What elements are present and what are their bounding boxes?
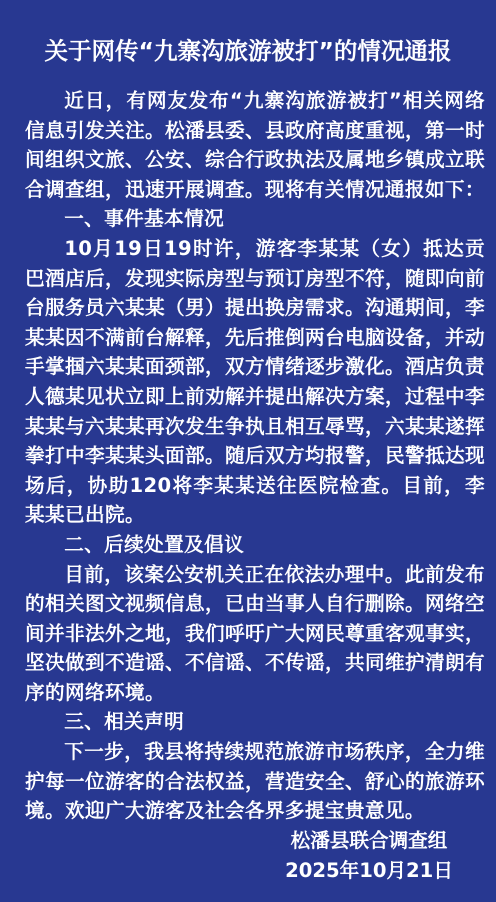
- signature-block: 松潘县联合调查组 2025年10月21日: [284, 826, 454, 886]
- signature-date: 2025年10月21日: [284, 856, 454, 886]
- intro-paragraph: 近日，有网友发布“九寨沟旅游被打”相关网络信息引发关注。松潘县委、县政府高度重视…: [25, 86, 485, 204]
- section-paragraph-1: 10月19日19时许，游客李某某（女）抵达贡巴酒店后，发现实际房型与预订房型不符…: [25, 234, 485, 530]
- signature-org: 松潘县联合调查组: [284, 826, 454, 856]
- section-heading-2: 二、后续处置及倡议: [25, 530, 485, 560]
- document-body: 近日，有网友发布“九寨沟旅游被打”相关网络信息引发关注。松潘县委、县政府高度重视…: [25, 86, 485, 826]
- document-title: 关于网传“九寨沟旅游被打”的情况通报: [0, 32, 496, 66]
- section-heading-3: 三、相关声明: [25, 707, 485, 737]
- section-paragraph-3: 下一步，我县将持续规范旅游市场秩序，全力维护每一位游客的合法权益，营造安全、舒心…: [25, 737, 485, 826]
- section-heading-1: 一、事件基本情况: [25, 204, 485, 234]
- section-paragraph-2: 目前，该案公安机关正在依法办理中。此前发布的相关图文视频信息，已由当事人自行删除…: [25, 560, 485, 708]
